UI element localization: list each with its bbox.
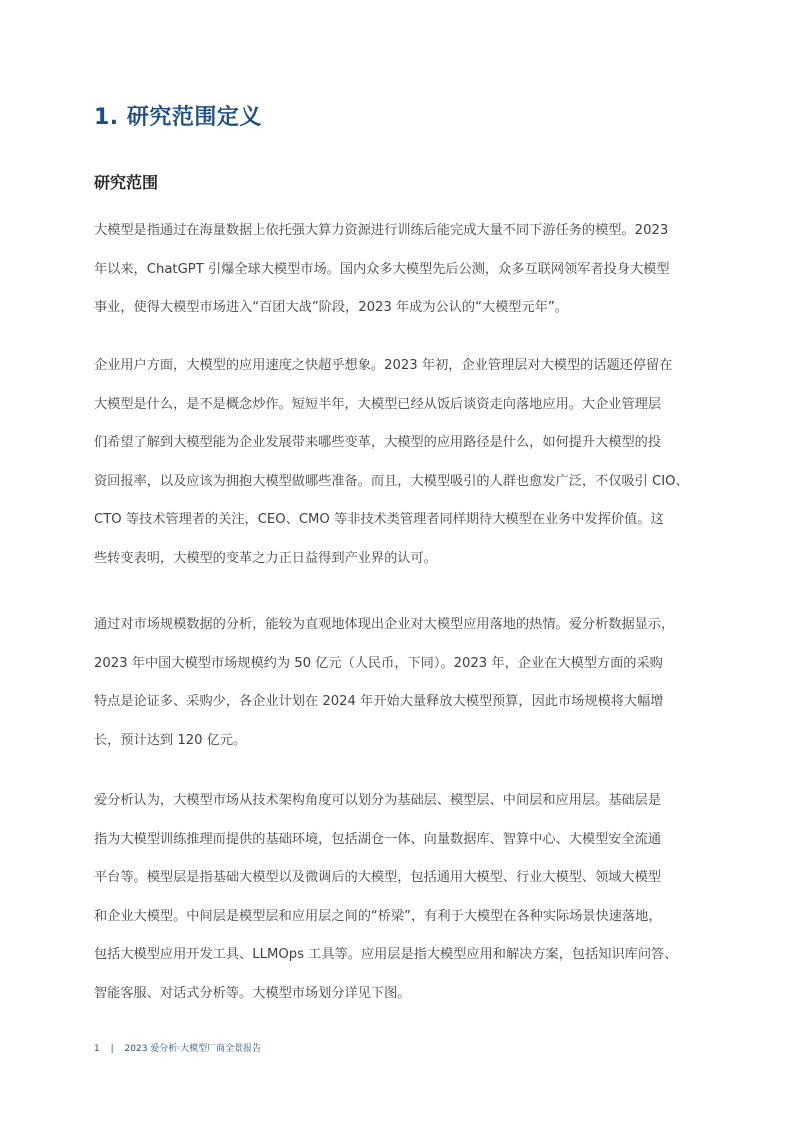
- footer-separator: |: [111, 1044, 114, 1054]
- text-line: 指为大模型训练推理而提供的基础环境，包括湖仓一体、向量数据库、智算中心、大模型安…: [94, 821, 704, 860]
- text-line: 资回报率，以及应该为拥抱大模型做哪些准备。而且，大模型吸引的人群也愈发广泛，不仅…: [94, 463, 704, 502]
- text-line: 通过对市场规模数据的分析，能较为直观地体现出企业对大模型应用落地的热情。爱分析数…: [94, 606, 704, 645]
- text-line: 和企业大模型。中间层是模型层和应用层之间的“桥梁”，有利于大模型在各种实际场景快…: [94, 898, 704, 937]
- text-line: 包括大模型应用开发工具、LLMOps 工具等。应用层是指大模型应用和解决方案，包…: [94, 936, 704, 975]
- text-line: 2023 年中国大模型市场规模约为 50 亿元（人民币，下同）。2023 年，企…: [94, 645, 704, 684]
- text-line: CTO 等技术管理者的关注，CEO、CMO 等非技术类管理者同样期待大模型在业务…: [94, 501, 704, 540]
- paragraph-3: 通过对市场规模数据的分析，能较为直观地体现出企业对大模型应用落地的热情。爱分析数…: [94, 606, 704, 760]
- text-line: 年以来，ChatGPT 引爆全球大模型市场。国内众多大模型先后公测，众多互联网领…: [94, 251, 704, 290]
- paragraph-2: 企业用户方面，大模型的应用速度之快超乎想象。2023 年初，企业管理层对大模型的…: [94, 347, 704, 578]
- text-line: 爱分析认为，大模型市场从技术架构角度可以划分为基础层、模型层、中间层和应用层。基…: [94, 782, 704, 821]
- text-line: 平台等。模型层是指基础大模型以及微调后的大模型，包括通用大模型、行业大模型、领域…: [94, 859, 704, 898]
- text-line: 些转变表明，大模型的变革之力正日益得到产业界的认可。: [94, 540, 704, 579]
- paragraph-1: 大模型是指通过在海量数据上依托强大算力资源进行训练后能完成大量不同下游任务的模型…: [94, 212, 704, 328]
- page-number: 1: [94, 1044, 100, 1054]
- subsection-heading: 研究范围: [94, 170, 158, 193]
- text-line: 们希望了解到大模型能为企业发展带来哪些变革，大模型的应用路径是什么，如何提升大模…: [94, 424, 704, 463]
- document-page: 1. 研究范围定义 研究范围 大模型是指通过在海量数据上依托强大算力资源进行训练…: [0, 0, 794, 1123]
- text-line: 大模型是指通过在海量数据上依托强大算力资源进行训练后能完成大量不同下游任务的模型…: [94, 212, 704, 251]
- text-line: 事业，使得大模型市场进入“百团大战”阶段，2023 年成为公认的“大模型元年”。: [94, 289, 704, 328]
- text-line: 长，预计达到 120 亿元。: [94, 722, 704, 761]
- text-line: 企业用户方面，大模型的应用速度之快超乎想象。2023 年初，企业管理层对大模型的…: [94, 347, 704, 386]
- paragraph-4: 爱分析认为，大模型市场从技术架构角度可以划分为基础层、模型层、中间层和应用层。基…: [94, 782, 704, 1013]
- section-heading: 1. 研究范围定义: [94, 100, 262, 131]
- report-title: 2023 爱分析·大模型厂商全景报告: [125, 1044, 262, 1054]
- text-line: 大模型是什么，是不是概念炒作。短短半年，大模型已经从饭后谈资走向落地应用。大企业…: [94, 386, 704, 425]
- page-footer: 1 | 2023 爱分析·大模型厂商全景报告: [94, 1041, 269, 1054]
- text-line: 特点是论证多、采购少，各企业计划在 2024 年开始大量释放大模型预算，因此市场…: [94, 683, 704, 722]
- text-line: 智能客服、对话式分析等。大模型市场划分详见下图。: [94, 975, 704, 1014]
